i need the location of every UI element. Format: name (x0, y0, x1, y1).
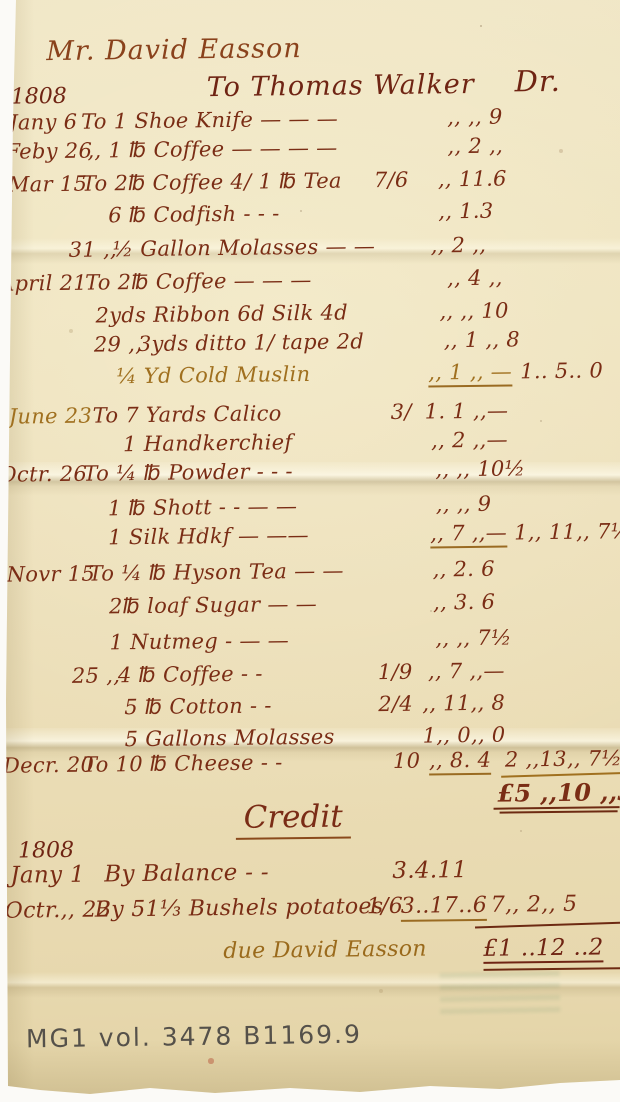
archive-catalog-number: MG1 vol. 3478 B1169.9 (26, 1020, 362, 1054)
entry-amount: ,, 11,, 8 (422, 691, 505, 716)
entry-description: 6 ℔ Codfish - - - (108, 201, 280, 227)
entry-amount: ,, ,, 10 (439, 299, 508, 324)
credit-row: Octr.,, 22 By 51⅓ Bushels potatoes 1/6 3… (5, 891, 620, 929)
entry-amount: 1. 1 ,,— (425, 399, 509, 424)
entry-amount: 3.4.11 (392, 857, 467, 884)
credit-heading: Credit (235, 798, 351, 839)
entry-date: Novr 15 (7, 562, 96, 587)
entry-description: 4 ℔ Coffee - - (118, 662, 263, 688)
entry-description: 1 Nutmeg - — — (109, 628, 289, 654)
entry-rate: 1/9 (378, 660, 413, 684)
debit-mark: Dr. (514, 64, 561, 99)
ledger-row: 2℔ loaf Sugar — — ,, 3. 6 (1, 588, 620, 626)
entry-date: 29 ,, (94, 332, 143, 357)
scanned-ledger-page: Mr. David Easson 1808 To Thomas Walker D… (0, 0, 620, 1102)
entry-description: 2℔ loaf Sugar — — (109, 592, 317, 619)
entry-date: Feby 26 (5, 139, 92, 164)
entry-rate: 7/6 (374, 168, 409, 192)
entry-amount: ,, 2 ,,— (431, 428, 508, 453)
entry-date: Jany 6 (9, 110, 77, 135)
entry-description: By 51⅓ Bushels potatoes (95, 894, 384, 923)
entry-amount: ,, ,, 7½ (435, 625, 511, 650)
ledger-row: ¼ Yd Cold Muslin ,, 1 ,, — 1.. 5.. 0 (0, 358, 618, 396)
entry-amount: ,, 7 ,,— (428, 659, 505, 684)
entry-amount: ,, 8. 4 (429, 748, 492, 776)
entry-description: To ¼ ℔ Hyson Tea — — (89, 559, 344, 586)
ledger-row: Novr 15 To ¼ ℔ Hyson Tea — — ,, 2. 6 (1, 555, 620, 593)
due-underline (484, 967, 620, 971)
entry-description: 5 ℔ Cotton - - (124, 693, 272, 719)
ledger-row: 1 Nutmeg - — — ,, ,, 7½ (1, 624, 620, 662)
entry-subtotal: 7,, 2,, 5 (491, 892, 578, 918)
entry-amount: ,, 1 ,, — (428, 359, 512, 387)
entry-description: 5 Gallons Molasses (125, 725, 335, 752)
ledger-row: 25 ,, 4 ℔ Coffee - - 1/9 ,, 7 ,,— (2, 657, 620, 695)
total-underline (494, 806, 620, 810)
entry-description: To 10 ℔ Cheese - - (83, 750, 283, 776)
ledger-row: 5 ℔ Cotton - - 2/4 ,, 11,, 8 (2, 689, 620, 727)
balance-due-row: due David Easson £1 ..12 ..2 (5, 934, 620, 972)
ledger-row: 6 ℔ Codfish - - - ,, 1.3 (0, 197, 616, 235)
entry-date: Octr. 26 (0, 462, 87, 487)
entry-amount: ,, 7 ,,— (430, 521, 507, 549)
entry-description: To 1 Shoe Knife — — — (81, 107, 338, 134)
entry-amount: ,, 11.6 (438, 167, 507, 192)
entry-amount: ,, 2 ,, (431, 233, 487, 258)
entry-rate: 1/6 (367, 894, 404, 919)
entry-amount: ,, 2. 6 (432, 557, 494, 582)
ledger-row: 29 ,, 3yds ditto 1/ tape 2d ,, 1 ,, 8 (0, 326, 618, 364)
entry-amount: ,, 1 ,, 8 (444, 327, 520, 352)
handwritten-ledger: Mr. David Easson 1808 To Thomas Walker D… (0, 0, 620, 1102)
account-heading: To Thomas Walker (207, 69, 475, 103)
ledger-row: 1 Silk Hdkf — —— ,, 7 ,,— 1,, 11,, 7½ (0, 519, 620, 557)
paper-speckles (0, 0, 2, 2)
entry-date: Mar 15 (8, 172, 88, 197)
entry-date: April 21 (0, 271, 87, 296)
due-amount: £1 ..12 ..2 (483, 934, 604, 963)
total-underline (500, 810, 618, 813)
entry-amount: ,, 1.3 (438, 199, 494, 224)
entry-rate: 10 (393, 749, 421, 773)
entry-date: Decr. 20 (3, 753, 95, 778)
entry-subtotal: 1.. 5.. 0 (520, 358, 603, 383)
due-label: due David Easson (223, 937, 427, 964)
entry-description: By Balance - - (104, 859, 269, 887)
entry-date: June 23 (9, 404, 93, 429)
entry-description: ½ Gallon Molasses — — (113, 234, 376, 261)
entry-description: ¼ Yd Cold Muslin (116, 362, 310, 388)
entry-description: 1 Handkerchief (123, 430, 293, 456)
entry-amount: ,, 4 ,, (447, 266, 503, 291)
entry-date: 25 ,, (72, 663, 121, 688)
entry-amount: ,, ,, 10½ (435, 456, 525, 481)
entry-description: 1 Silk Hdkf — —— (108, 523, 309, 549)
addressee-name: Mr. David Easson (46, 33, 302, 67)
entry-amount: 1,, 0,, 0 (423, 723, 506, 748)
entry-amount: ,, ,, 9 (436, 492, 492, 517)
debit-total: £5 ,,10 ,,3 (497, 777, 620, 808)
entry-amount: ,, 2 ,, (447, 134, 503, 159)
entry-description: ,, 1 ℔ Coffee — — — — (87, 136, 337, 163)
entry-date: Jany 1 (10, 862, 85, 889)
entry-description: 2yds Ribbon 6d Silk 4d (95, 300, 348, 327)
entry-amount: 3..17..6 (401, 893, 488, 922)
entry-description: 3yds ditto 1/ tape 2d (138, 329, 364, 356)
ledger-row: Mar 15 To 2℔ Coffee 4/ 1 ℔ Tea 7/6 ,, 11… (0, 165, 616, 203)
entry-subtotal: 1,, 11,, 7½ (514, 519, 620, 544)
entry-amount: ,, ,, 9 (447, 105, 503, 130)
entry-subtotal: 2 ,,13,, 7½ (505, 746, 620, 771)
entry-description: To ¼ ℔ Powder - - - (83, 459, 293, 486)
ledger-row: Octr. 26 To ¼ ℔ Powder - - - ,, ,, 10½ (0, 455, 620, 493)
credit-row: Jany 1 By Balance - - 3.4.11 (4, 855, 620, 893)
entry-date: 31 ,, (69, 237, 118, 262)
entry-rate: 2/4 (378, 692, 413, 716)
entry-amount: ,, 3. 6 (433, 590, 495, 615)
entry-description: 1 ℔ Shott - - — — (108, 494, 298, 520)
entry-description: To 2℔ Coffee 4/ 1 ℔ Tea (82, 169, 342, 196)
entry-description: To 2℔ Coffee — — — (85, 268, 312, 295)
ledger-row: 31 ,, ½ Gallon Molasses — — ,, 2 ,, (0, 231, 617, 269)
credit-year: 1808 (18, 838, 74, 864)
ledger-row: April 21 To 2℔ Coffee — — — ,, 4 ,, (0, 264, 617, 302)
entry-description: To 7 Yards Calico (93, 401, 282, 427)
year-label: 1808 (11, 84, 67, 110)
paper-sheet: Mr. David Easson 1808 To Thomas Walker D… (0, 0, 620, 1102)
ledger-row: Feby 26 ,, 1 ℔ Coffee — — — — ,, 2 ,, (0, 132, 616, 170)
entry-rate: 3/ (391, 400, 412, 424)
